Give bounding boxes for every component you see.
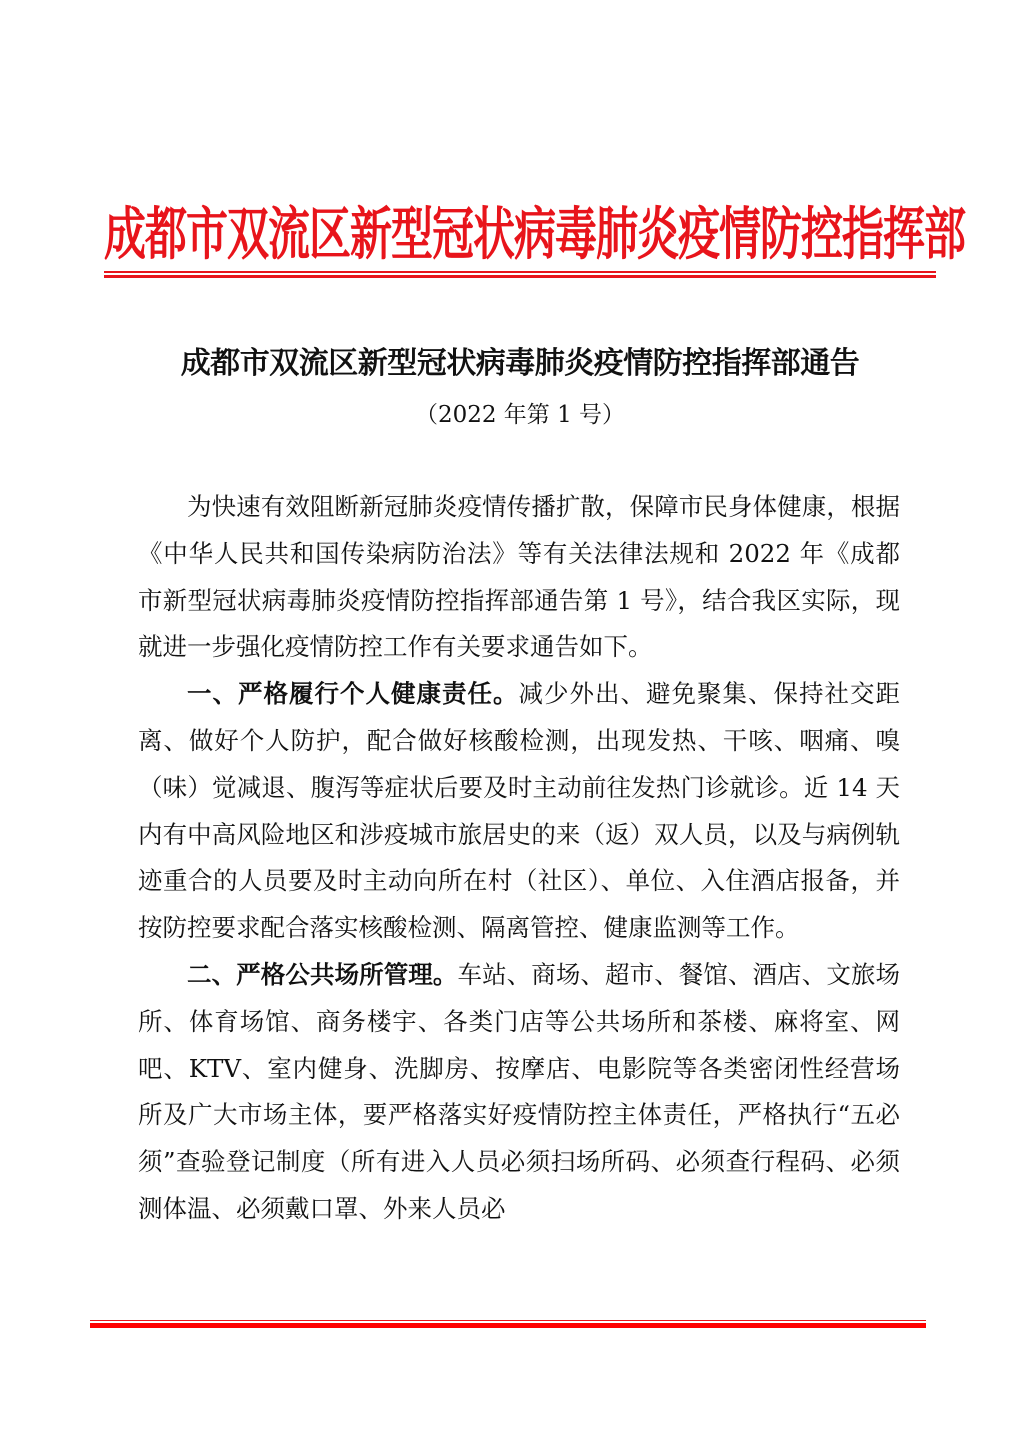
paragraph-heading: 一、严格履行个人健康责任。 bbox=[187, 679, 519, 708]
masthead-rule-thick bbox=[104, 275, 936, 278]
document-title: 成都市双流区新型冠状病毒肺炎疫情防控指挥部通告 bbox=[120, 338, 920, 382]
paragraph-text: 为快速有效阻断新冠肺炎疫情传播扩散，保障市民身体健康，根据《中华人民共和国传染病… bbox=[138, 492, 900, 661]
paragraph-text: 减少外出、避免聚集、保持社交距离、做好个人防护，配合做好核酸检测，出现发热、干咳… bbox=[138, 679, 900, 942]
paragraph-section-2: 二、严格公共场所管理。车站、商场、超市、餐馆、酒店、文旅场所、体育场馆、商务楼宇… bbox=[138, 952, 900, 1233]
footer-rule-thick bbox=[90, 1323, 926, 1328]
paragraph-text: 车站、商场、超市、餐馆、酒店、文旅场所、体育场馆、商务楼宇、各类门店等公共场所和… bbox=[138, 960, 900, 1223]
masthead: 成都市双流区新型冠状病毒肺炎疫情防控指挥部 bbox=[104, 190, 936, 271]
paragraph-intro: 为快速有效阻断新冠肺炎疫情传播扩散，保障市民身体健康，根据《中华人民共和国传染病… bbox=[138, 484, 900, 671]
paragraph-section-1: 一、严格履行个人健康责任。减少外出、避免聚集、保持社交距离、做好个人防护，配合做… bbox=[138, 671, 900, 952]
document-number: （2022 年第 1 号） bbox=[120, 396, 920, 429]
masthead-rule-thin bbox=[104, 271, 936, 273]
footer-rule-thin bbox=[90, 1320, 926, 1321]
document-body: 为快速有效阻断新冠肺炎疫情传播扩散，保障市民身体健康，根据《中华人民共和国传染病… bbox=[138, 484, 900, 1233]
paragraph-heading: 二、严格公共场所管理。 bbox=[187, 960, 457, 989]
